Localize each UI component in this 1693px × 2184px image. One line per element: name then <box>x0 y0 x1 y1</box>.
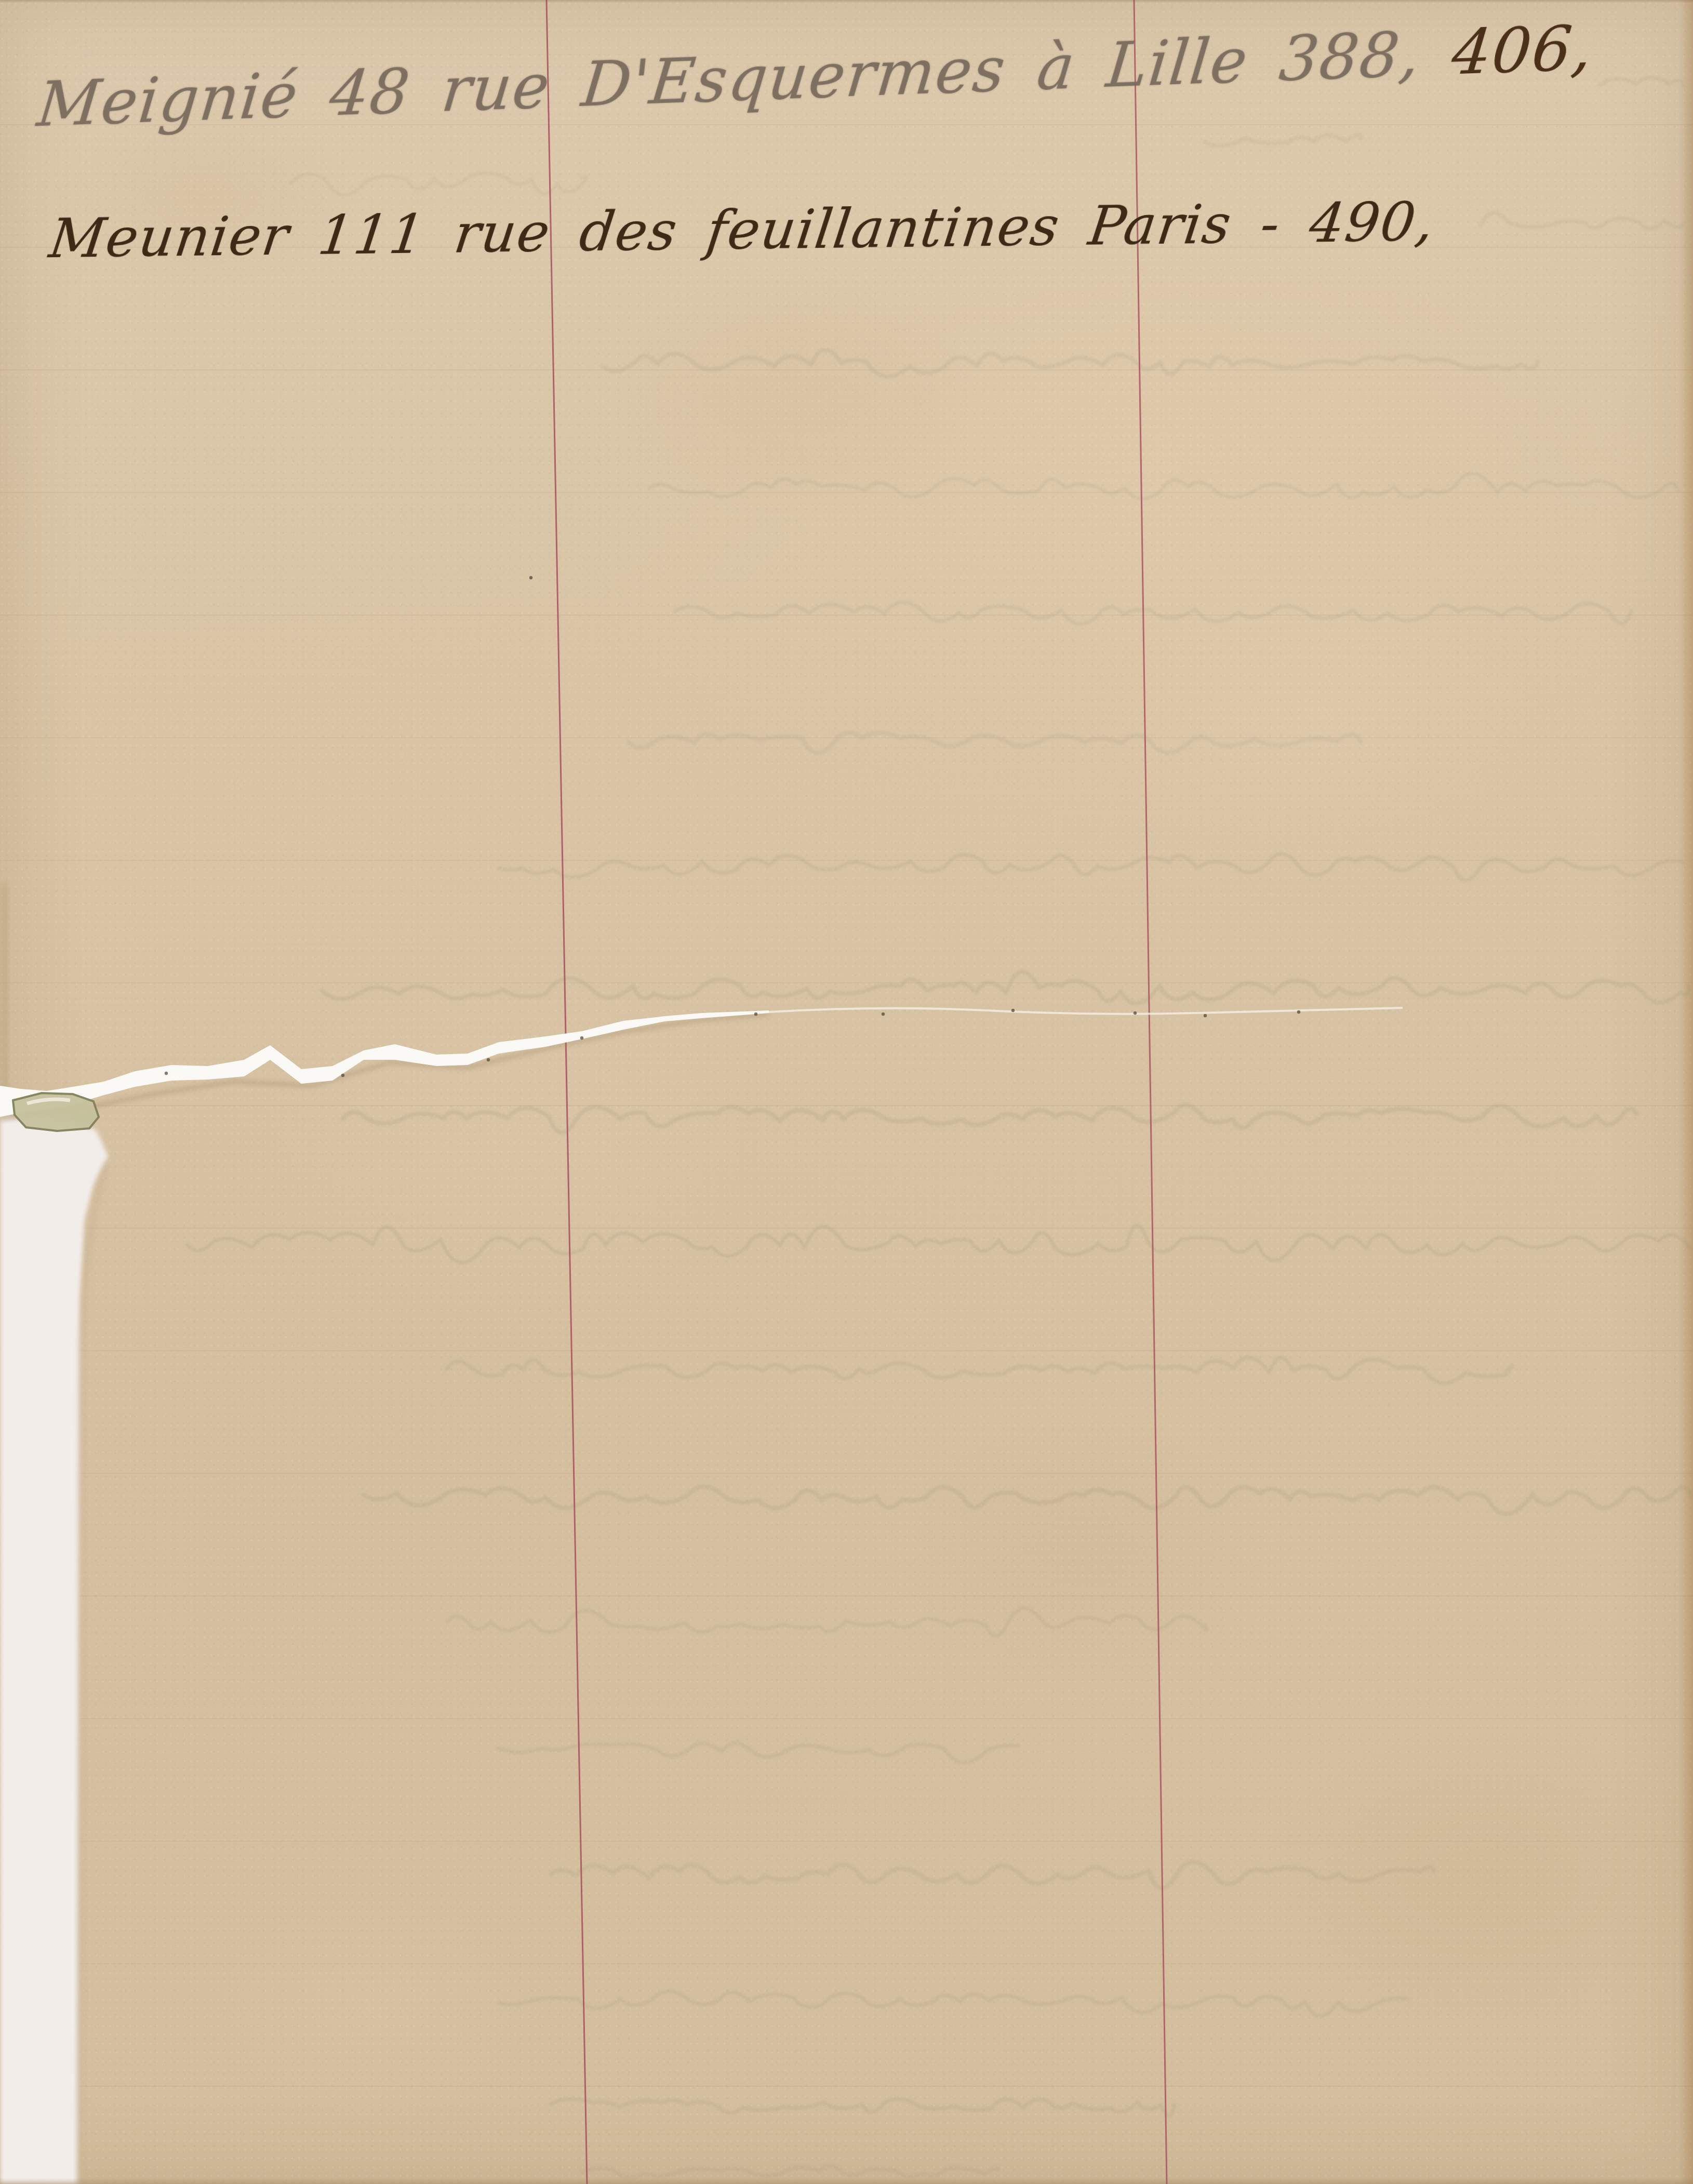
red-margin-lines <box>546 0 1167 2184</box>
scanned-page: Meignié 48 rue D'Esquermes à Lille 388, … <box>0 0 1693 2184</box>
tear-shadow <box>0 1014 769 1120</box>
bleedthrough-ghost-writing <box>187 77 1691 2177</box>
entry-text-dark: 406, <box>1449 11 1597 89</box>
backing-edge-shadow <box>79 1164 106 2184</box>
ruled-lines <box>0 125 1693 2086</box>
left-edge-stain <box>0 883 8 1091</box>
backing-paper <box>0 1117 108 2184</box>
crease-line <box>769 1008 1403 1014</box>
artifact-layer <box>0 0 1693 2184</box>
